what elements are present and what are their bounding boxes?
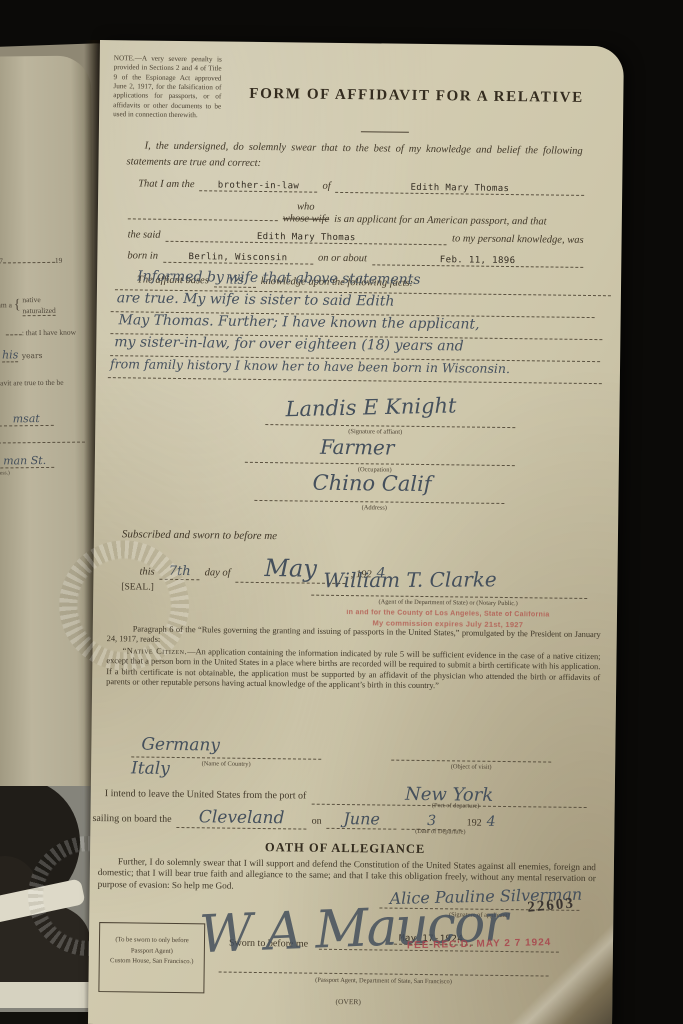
statement-line-2: who whose wife is an applicant for an Am… <box>128 208 584 228</box>
agent-signature: W A Maucor <box>198 893 507 965</box>
address-label: (Address) <box>304 504 444 513</box>
statement-line-4: born in Berlin, Wisconsin on or about Fe… <box>127 250 583 268</box>
penalty-note: NOTE.—A very severe penalty is provided … <box>113 54 222 121</box>
departure-year-digit: 4 <box>487 814 496 830</box>
affiant-signature: Landis E Knight <box>285 393 456 421</box>
country-label: (Name of Country) <box>161 760 291 769</box>
affidavit-form-page: NOTE.—A very severe penalty is provided … <box>88 40 624 1024</box>
fee-received-stamp: FEE REC'D. MAY 2 7 1924 <box>407 937 552 951</box>
prev-page-fragment: : that I have know <box>6 328 76 338</box>
address-line <box>254 500 504 504</box>
file-number-stamp: 22603 <box>527 895 576 916</box>
intro-statement: I, the undersigned, do solemnly swear th… <box>126 138 582 176</box>
affiant-address: Chino Calif <box>312 471 431 496</box>
subscribed-text: Subscribed and sworn to before me <box>122 528 277 542</box>
prev-page-fragment: am a { native naturalized <box>0 294 56 317</box>
statement-line-3: the said Edith Mary Thomas to my persona… <box>128 229 584 247</box>
object-of-visit-label: (Object of visit) <box>411 763 531 771</box>
title-rule <box>361 131 409 133</box>
prev-page-handwriting: man St. <box>0 454 54 469</box>
prev-page-fragment: davit are true to the be <box>0 378 64 388</box>
book-photo-scene: 719 am a { native naturalized : that I h… <box>0 0 683 1024</box>
prev-page-handwriting: his years <box>2 348 42 362</box>
over-label: (OVER) <box>288 996 408 1006</box>
who-correction: who <box>297 201 315 212</box>
prev-page-handwriting: msat <box>0 412 54 427</box>
said-name-field: Edith Mary Thomas <box>166 231 448 245</box>
birthdate-field: Feb. 11, 1896 <box>372 254 583 268</box>
paragraph6-body: “Native Citizen.—An application containi… <box>106 646 600 694</box>
agent-signature-label: (Passport Agent, Department of State, Sa… <box>238 976 528 987</box>
relationship-field: brother-in-law <box>199 180 317 192</box>
departure-month: June <box>327 809 397 830</box>
statement-line-1: That I am the brother-in-law of Edith Ma… <box>138 178 584 195</box>
destination-country-1: Germany <box>141 735 220 756</box>
whose-wife-struck: who whose wife <box>283 213 330 225</box>
prev-page-blank-line <box>0 442 85 444</box>
passport-agent-box: (To be sworn to only before Passport Age… <box>98 922 205 993</box>
form-title: FORM OF AFFIDAVIT FOR A RELATIVE <box>249 86 584 107</box>
birthplace-field: Berlin, Wisconsin <box>163 252 313 265</box>
departure-date-label: (Date of Departure) <box>380 827 500 835</box>
prev-page-fragment: (ness.) <box>0 470 10 476</box>
vessel-name: Cleveland <box>177 807 307 830</box>
affiant-occupation: Farmer <box>320 435 395 460</box>
destination-country-2: Italy <box>131 758 170 778</box>
prev-page-fragment: 719 <box>0 256 62 266</box>
applicant-name-field: Edith Mary Thomas <box>336 182 585 196</box>
notary-signature: William T. Clarke <box>323 567 496 592</box>
notary-signature-label: (Agent of the Department of State) or (N… <box>323 598 573 608</box>
facts-line: from family history I know her to have b… <box>108 356 602 384</box>
